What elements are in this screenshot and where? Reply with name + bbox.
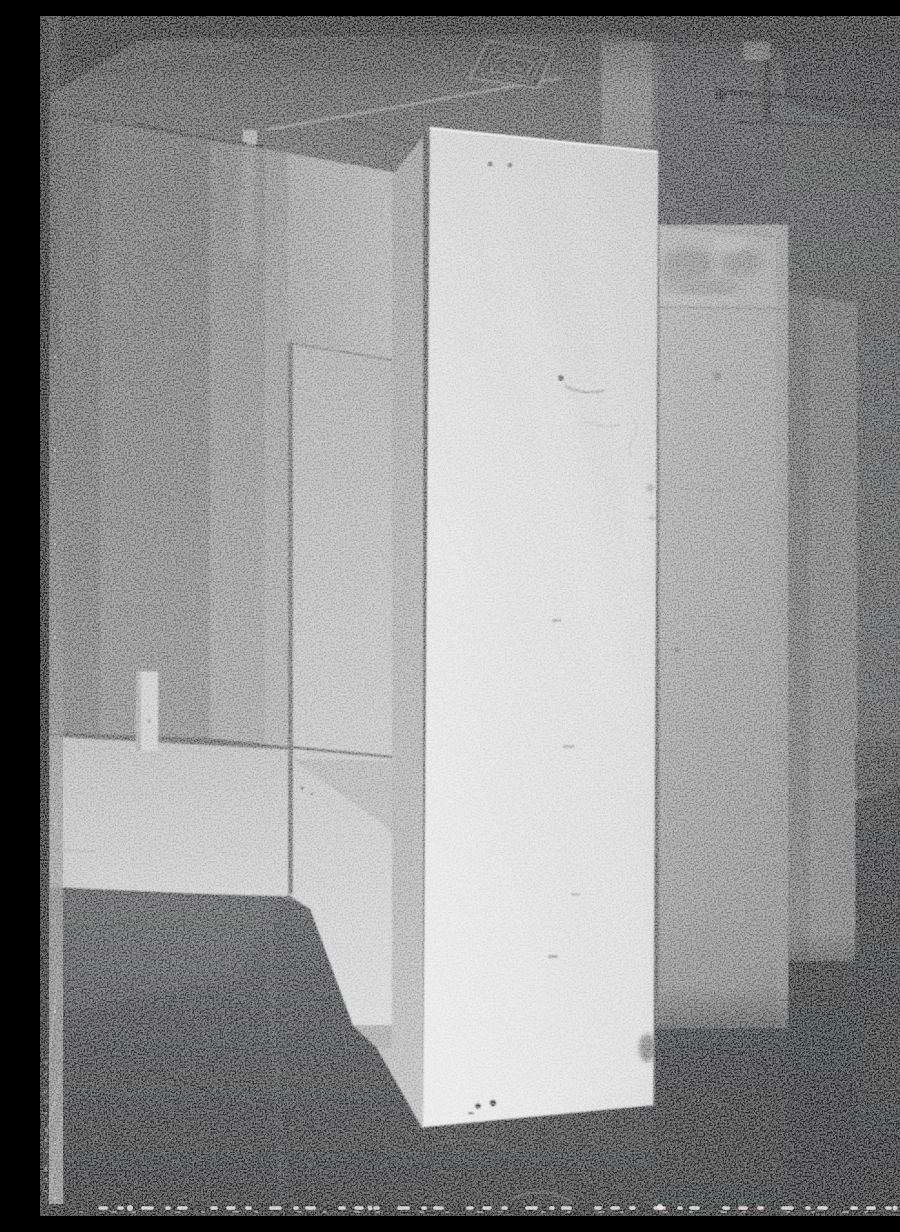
film-grain-fine [40,16,900,1216]
film-photograph [40,16,900,1216]
photo-canvas [40,16,900,1216]
